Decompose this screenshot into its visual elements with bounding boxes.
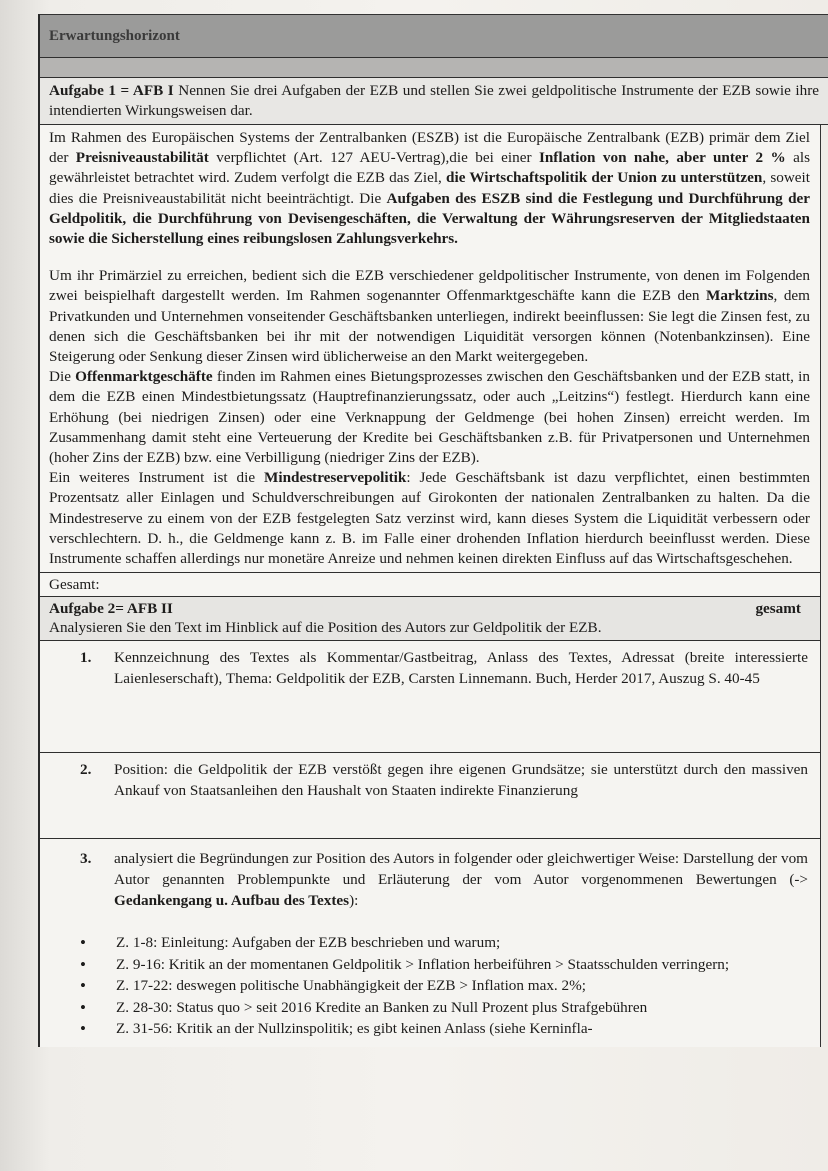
bullet-icon (78, 976, 116, 998)
answer-paragraph-2: Um ihr Primärziel zu erreichen, bedient … (49, 266, 810, 367)
answer-paragraph-1: Im Rahmen des Europäischen Systems der Z… (49, 128, 810, 249)
bullet-icon (78, 998, 116, 1020)
task-1-row: Aufgabe 1 = AFB I Nennen Sie drei Aufgab… (40, 78, 828, 125)
task-2-prompt: Analysieren Sie den Text im Hinblick auf… (49, 618, 811, 637)
criterion-text: analysiert die Begründungen zur Position… (114, 848, 808, 1041)
criterion-text: Kennzeichnung des Textes als Kommentar/G… (114, 647, 808, 746)
task-2-gesamt: gesamt (755, 599, 811, 618)
criterion-3: 3. analysiert die Begründungen zur Posit… (40, 839, 821, 1047)
bullet-icon (78, 933, 116, 955)
gesamt-row: Gesamt: (40, 573, 821, 597)
table-title-row: Erwartungshorizont (40, 14, 828, 58)
task-2-label: Aufgabe 2= AFB II (49, 599, 173, 618)
scanned-page: Erwartungshorizont Aufgabe 1 = AFB I Nen… (0, 0, 828, 1171)
criterion-1: 1. Kennzeichnung des Textes als Kommenta… (40, 641, 821, 753)
criterion-text: Position: die Geldpolitik der EZB verstö… (114, 759, 808, 832)
line-reference-list: Z. 1-8: Einleitung: Aufgaben der EZB bes… (78, 911, 808, 1041)
list-item: Z. 17-22: deswegen politische Unabhängig… (78, 976, 808, 998)
task-1-answer: Im Rahmen des Europäischen Systems der Z… (40, 125, 821, 573)
list-item: Z. 31-56: Kritik an der Nullzinspolitik;… (78, 1019, 808, 1041)
blank-header-row (40, 58, 828, 78)
criterion-number: 2. (80, 759, 114, 832)
criterion-2: 2. Position: die Geldpolitik der EZB ver… (40, 753, 821, 839)
answer-paragraph-4: Ein weiteres Instrument ist die Mindestr… (49, 468, 810, 569)
answer-paragraph-3: Die Offenmarktgeschäfte finden im Rahmen… (49, 367, 810, 468)
bullet-icon (78, 1019, 116, 1041)
list-item: Z. 9-16: Kritik an der momentanen Geldpo… (78, 955, 808, 977)
table-title: Erwartungshorizont (49, 28, 180, 45)
criterion-number: 1. (80, 647, 114, 746)
task-1-label: Aufgabe 1 = AFB I (49, 82, 174, 99)
erwartungshorizont-table: Erwartungshorizont Aufgabe 1 = AFB I Nen… (38, 14, 828, 1047)
task-2-row: Aufgabe 2= AFB II gesamt Analysieren Sie… (40, 597, 821, 641)
task-2-header: Aufgabe 2= AFB II gesamt (49, 599, 811, 618)
list-item: Z. 28-30: Status quo > seit 2016 Kredite… (78, 998, 808, 1020)
gesamt-label: Gesamt: (49, 576, 100, 593)
list-item: Z. 1-8: Einleitung: Aufgaben der EZB bes… (78, 933, 808, 955)
bullet-icon (78, 955, 116, 977)
